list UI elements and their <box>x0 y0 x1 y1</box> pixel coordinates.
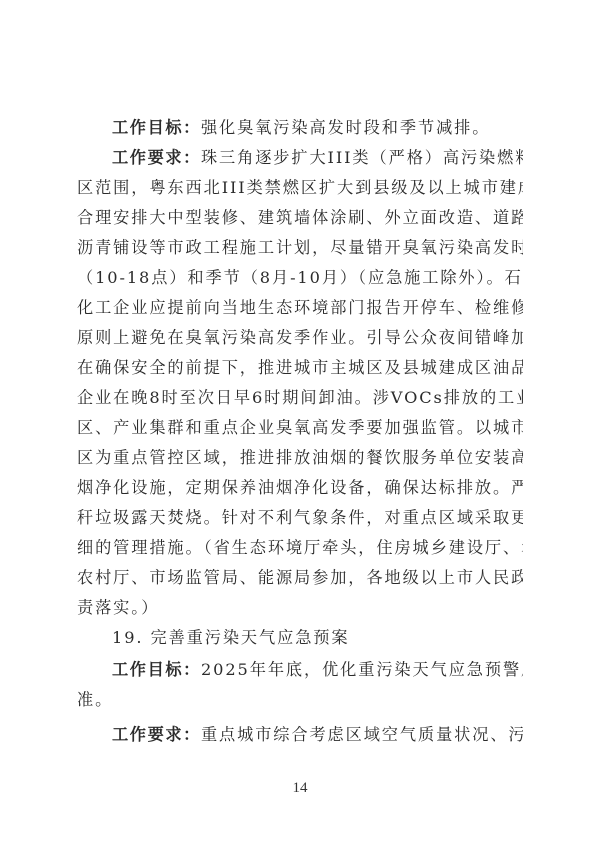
label-work-goal: 工作目标： <box>112 660 201 679</box>
paragraph-line: 区范围，粤东西北III类禁燃区扩大到县级及以上城市建成区。 <box>77 173 523 203</box>
paragraph-line: 在确保安全的前提下，推进城市主城区及县城建成区油品经销 <box>77 353 523 383</box>
label-work-requirement: 工作要求： <box>112 725 201 744</box>
paragraph-line: 区为重点管控区域，推进排放油烟的餐饮服务单位安装高效油 <box>77 443 523 473</box>
paragraph-line: 细的管理措施。（省生态环境厅牵头，住房城乡建设厅、农业 <box>77 533 523 563</box>
label-work-requirement: 工作要求： <box>112 148 201 167</box>
page-number: 14 <box>0 780 600 797</box>
paragraph-line: 秆垃圾露天焚烧。针对不利气象条件，对重点区域采取更加精 <box>77 503 523 533</box>
paragraph-line: 烟净化设施，定期保养油烟净化设备，确保达标排放。严禁秸 <box>77 473 523 503</box>
paragraph-line: 区、产业集群和重点企业臭氧高发季要加强监管。以城市建成 <box>77 413 523 443</box>
paragraph-line: 原则上避免在臭氧污染高发季作业。引导公众夜间错峰加油， <box>77 323 523 353</box>
paragraph-line: 沥青铺设等市政工程施工计划，尽量错开臭氧污染高发时段 <box>77 233 523 263</box>
paragraph-line: 农村厅、市场监管局、能源局参加，各地级以上市人民政府负 <box>77 563 523 593</box>
label-work-goal: 工作目标： <box>112 118 201 137</box>
paragraph-line: 准。 <box>77 685 523 715</box>
paragraph-line: （10-18点）和季节（8月-10月）（应急施工除外）。石化、 <box>77 263 523 293</box>
paragraph-line: 责落实。） <box>77 593 523 623</box>
section-heading: 19. 完善重污染天气应急预案 <box>77 623 523 653</box>
paragraph-line: 企业在晚8时至次日早6时期间卸油。涉VOCs排放的工业园 <box>77 383 523 413</box>
paragraph-line: 化工企业应提前向当地生态环境部门报告开停车、检维修计划， <box>77 293 523 323</box>
paragraph-line: 合理安排大中型装修、建筑墙体涂刷、外立面改造、道路画线、 <box>77 203 523 233</box>
paragraph-line: 工作要求：珠三角逐步扩大III类（严格）高污染燃料禁燃 <box>77 143 523 173</box>
paragraph-line: 工作目标：强化臭氧污染高发时段和季节减排。 <box>77 113 523 143</box>
paragraph-line: 工作要求：重点城市综合考虑区域空气质量状况、污染特 <box>77 720 523 750</box>
paragraph-line: 工作目标：2025年年底，优化重污染天气应急预警启动标 <box>77 655 523 685</box>
document-page: 工作目标：强化臭氧污染高发时段和季节减排。 工作要求：珠三角逐步扩大III类（严… <box>77 0 523 848</box>
